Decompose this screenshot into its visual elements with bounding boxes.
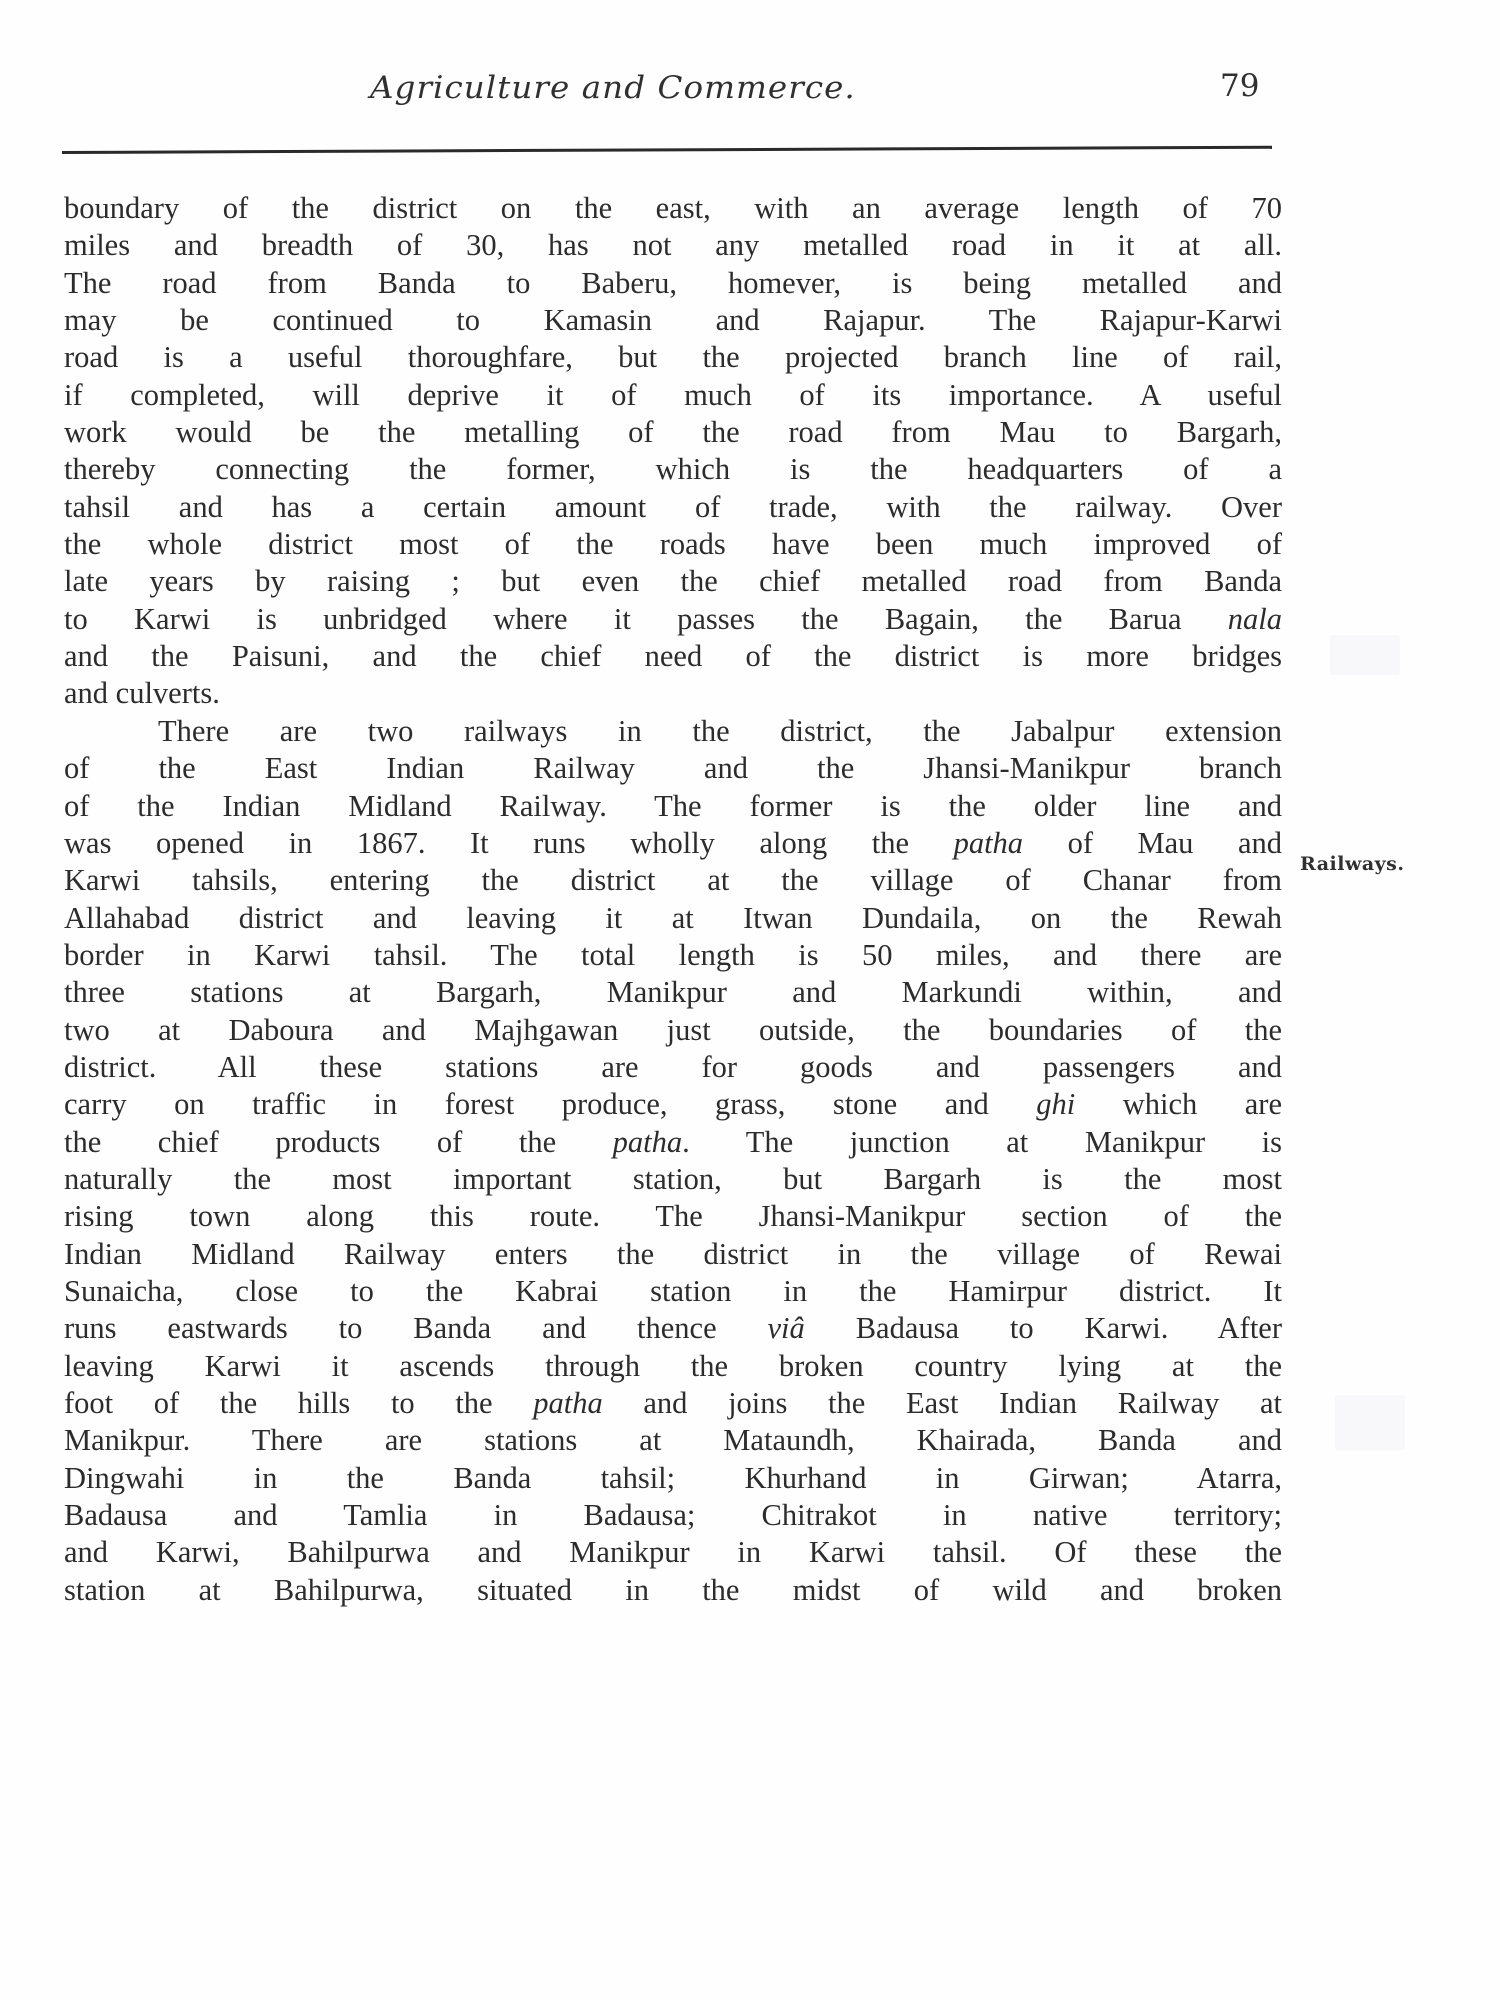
text-line: runs eastwards to Banda and thence viâ B… (64, 1310, 1282, 1347)
running-title: Agriculture and Commerce. (370, 70, 856, 106)
show-through-mark (1335, 1395, 1405, 1450)
text-line: thereby connecting the former, which is … (64, 451, 1282, 488)
italic-term: viâ (768, 1311, 805, 1345)
text-line: of the Indian Midland Railway. The forme… (64, 788, 1282, 825)
text-line: station at Bahilpurwa, situated in the m… (64, 1572, 1282, 1609)
text-line: work would be the metalling of the road … (64, 414, 1282, 451)
text-line: and the Paisuni, and the chief need of t… (64, 638, 1282, 675)
text-line: miles and breadth of 30, has not any met… (64, 227, 1282, 264)
text-line: the chief products of the patha. The jun… (64, 1124, 1282, 1161)
text-line: rising town along this route. The Jhansi… (64, 1198, 1282, 1235)
show-through-mark (1330, 635, 1400, 675)
text-line: tahsil and has a certain amount of trade… (64, 489, 1282, 526)
text-line: border in Karwi tahsil. The total length… (64, 937, 1282, 974)
text-line: two at Daboura and Majhgawan just outsid… (64, 1012, 1282, 1049)
text-line: Badausa and Tamlia in Badausa; Chitrakot… (64, 1497, 1282, 1534)
text-line: late years by raising ; but even the chi… (64, 563, 1282, 600)
text-line: may be continued to Kamasin and Rajapur.… (64, 302, 1282, 339)
italic-term: patha (954, 826, 1023, 860)
text-line: and Karwi, Bahilpurwa and Manikpur in Ka… (64, 1534, 1282, 1571)
text-line: the whole district most of the roads hav… (64, 526, 1282, 563)
text-line: leaving Karwi it ascends through the bro… (64, 1348, 1282, 1385)
text-line: to Karwi is unbridged where it passes th… (64, 601, 1282, 638)
text-line: Allahabad district and leaving it at Itw… (64, 900, 1282, 937)
book-page: Agriculture and Commerce. 79 boundary of… (0, 0, 1500, 2000)
text-line: Indian Midland Railway enters the distri… (64, 1236, 1282, 1273)
text-line: and culverts. (64, 675, 1282, 712)
page-number: 79 (1220, 68, 1259, 104)
body-text: boundary of the district on the east, wi… (64, 190, 1282, 1609)
text-line: Karwi tahsils, entering the district at … (64, 862, 1282, 899)
text-line: The road from Banda to Baberu, homever, … (64, 265, 1282, 302)
text-line: foot of the hills to the patha and joins… (64, 1385, 1282, 1422)
text-line: was opened in 1867. It runs wholly along… (64, 825, 1282, 862)
text-line: Manikpur. There are stations at Mataundh… (64, 1422, 1282, 1459)
text-line: Dingwahi in the Banda tahsil; Khurhand i… (64, 1460, 1282, 1497)
paragraph-railways: There are two railways in the district, … (64, 713, 1282, 1609)
text-line: boundary of the district on the east, wi… (64, 190, 1282, 227)
text-line: district. All these stations are for goo… (64, 1049, 1282, 1086)
header-rule-divider (62, 146, 1272, 154)
text-line: if completed, will deprive it of much of… (64, 377, 1282, 414)
marginal-note-railways: Railways. (1300, 853, 1405, 875)
text-line: naturally the most important station, bu… (64, 1161, 1282, 1198)
text-line: Sunaicha, close to the Kabrai station in… (64, 1273, 1282, 1310)
italic-term: ghi (1036, 1087, 1075, 1121)
text-line: of the East Indian Railway and the Jhans… (64, 750, 1282, 787)
paragraph-roads: boundary of the district on the east, wi… (64, 190, 1282, 713)
italic-term: patha (613, 1125, 682, 1159)
text-line: three stations at Bargarh, Manikpur and … (64, 974, 1282, 1011)
text-line: road is a useful thoroughfare, but the p… (64, 339, 1282, 376)
italic-term: nala (1228, 602, 1282, 636)
text-line: There are two railways in the district, … (64, 713, 1282, 750)
text-line: carry on traffic in forest produce, gras… (64, 1086, 1282, 1123)
italic-term: patha (533, 1386, 602, 1420)
